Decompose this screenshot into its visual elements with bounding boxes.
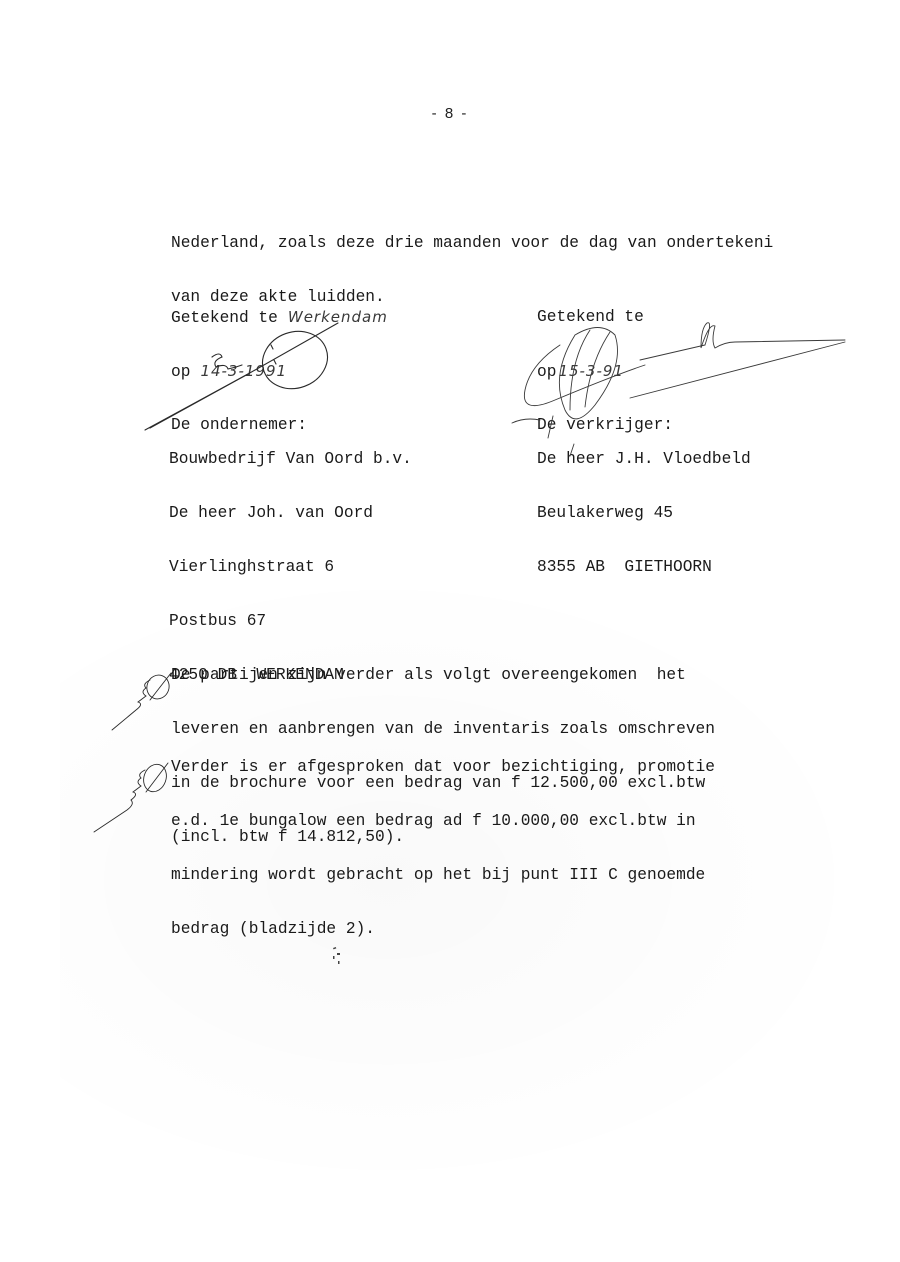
agreement-paragraph-discount: Verder is er afgesproken dat voor bezich… (171, 722, 715, 956)
address-line: 8355 AB GIETHOORN (537, 558, 751, 576)
text-line: De partijen zijn verder als volgt overee… (171, 666, 715, 684)
address-line: Postbus 67 (169, 612, 412, 630)
address-line: Beulakerweg 45 (537, 504, 751, 522)
date-label: op (171, 363, 190, 381)
text-line: Verder is er afgesproken dat voor bezich… (171, 758, 715, 776)
address-line: De heer J.H. Vloedbeld (537, 450, 751, 468)
handwritten-date: 15-3-91 (558, 362, 624, 380)
page-number: - 8 - (0, 105, 900, 122)
address-line: Vierlinghstraat 6 (169, 558, 412, 576)
text-line: e.d. 1e bungalow een bedrag ad f 10.000,… (171, 812, 715, 830)
text-line: bedrag (bladzijde 2). (171, 920, 715, 938)
signed-at-label: Getekend te (537, 308, 673, 326)
signed-at-label: Getekend te (171, 309, 278, 327)
handwritten-place: Werkendam (288, 308, 388, 326)
handwritten-date: 14-3-1991 (200, 362, 287, 380)
address-line: Bouwbedrijf Van Oord b.v. (169, 450, 412, 468)
margin-initials-icon (112, 672, 172, 730)
buyer-address: De heer J.H. Vloedbeld Beulakerweg 45 83… (537, 414, 751, 594)
address-line: De heer Joh. van Oord (169, 504, 412, 522)
text-line: Nederland, zoals deze drie maanden voor … (171, 234, 773, 252)
margin-initials-icon (94, 761, 170, 832)
date-label: op (537, 363, 556, 381)
text-line: mindering wordt gebracht op het bij punt… (171, 866, 715, 884)
